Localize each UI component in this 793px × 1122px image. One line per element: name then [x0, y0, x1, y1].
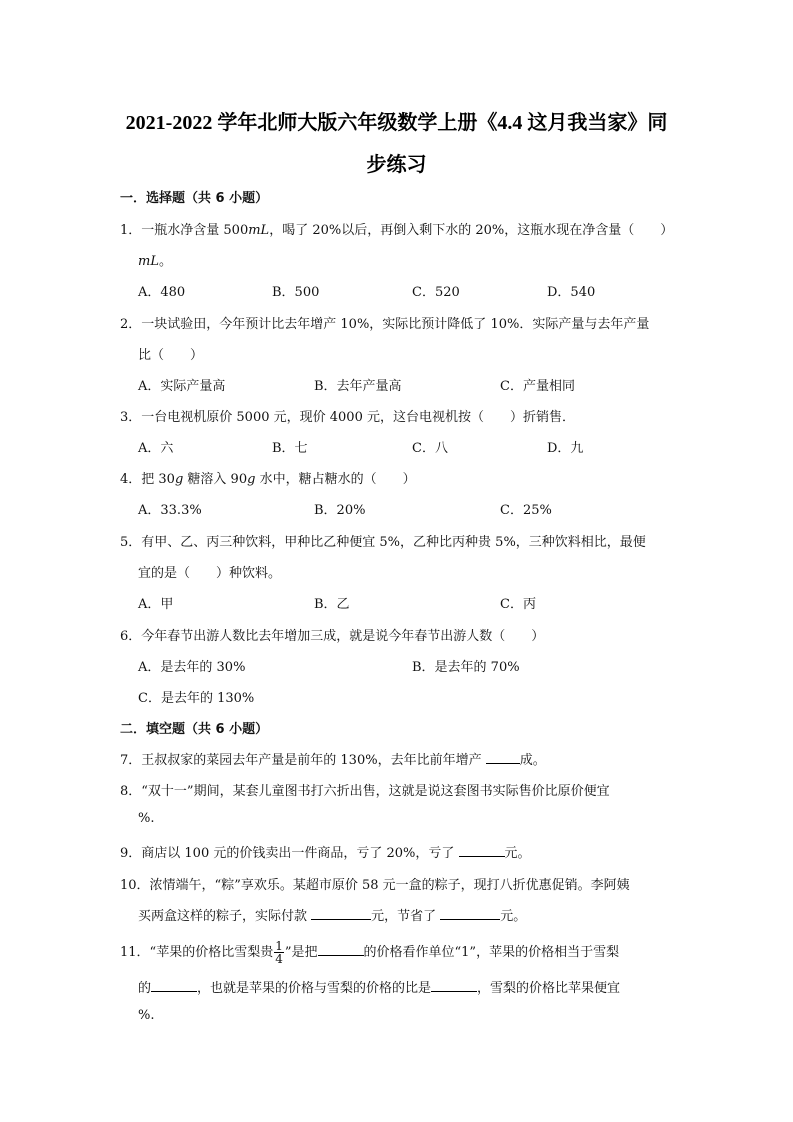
question-1: 1．一瓶水净含量 500mL，喝了 20%以后，再倒入剩下水的 20%，这瓶水现… — [120, 219, 673, 238]
document-title-line2: 步练习 — [0, 148, 793, 177]
question-number: 3． — [120, 410, 141, 425]
q1-option-c: C．520 — [412, 281, 460, 300]
question-number: 8． — [120, 784, 141, 799]
q5-option-c: C．丙 — [500, 593, 536, 612]
q5-option-b: B．乙 — [314, 593, 350, 612]
q4-option-a: A．33.3% — [138, 499, 202, 518]
question-2: 2．一块试验田，今年预计比去年增产 10%，实际比预计降低了 10%．实际产量与… — [120, 313, 649, 332]
q2-option-b: B．去年产量高 — [314, 375, 402, 394]
question-11-line2: 的，也就是苹果的价格与雪梨的价格的比是，雪梨的价格比苹果便宜 — [138, 977, 620, 996]
q4-option-c: C．25% — [500, 499, 552, 518]
answer-blank[interactable] — [486, 751, 520, 764]
question-number: 5． — [120, 535, 141, 550]
question-number: 1． — [120, 223, 141, 238]
question-10: 10．浓情端午，“粽”享欢乐。某超市原价 58 元一盒的粽子，现打八折优惠促销。… — [120, 874, 630, 893]
question-6: 6．今年春节出游人数比去年增加三成，就是说今年春节出游人数（ ） — [120, 625, 544, 644]
question-number: 10． — [120, 878, 150, 893]
q3-option-a: A．六 — [138, 437, 173, 456]
question-5: 5．有甲、乙、丙三种饮料，甲种比乙种便宜 5%，乙种比丙种贵 5%，三种饮料相比… — [120, 531, 646, 550]
document-title-line1: 2021-2022 学年北师大版六年级数学上册《4.4 这月我当家》同 — [0, 106, 793, 135]
question-number: 4． — [120, 472, 141, 487]
question-number: 11． — [120, 945, 150, 960]
q6-option-c: C．是去年的 130% — [138, 687, 254, 706]
question-7: 7．王叔叔家的菜园去年产量是前年的 130%，去年比前年增产 成。 — [120, 749, 546, 768]
answer-blank[interactable] — [318, 943, 364, 956]
answer-blank-payment[interactable] — [311, 907, 371, 920]
q1-option-a: A．480 — [138, 281, 185, 300]
question-number: 7． — [120, 753, 141, 768]
question-number: 2． — [120, 317, 141, 332]
section-heading-fill-blank: 二．填空题（共 6 小题） — [120, 718, 268, 737]
question-11-line3: %. — [138, 1008, 155, 1023]
question-4: 4．把 30g 糖溶入 90g 水中，糖占糖水的（ ） — [120, 468, 416, 487]
q3-option-b: B．七 — [272, 437, 308, 456]
q5-option-a: A．甲 — [138, 593, 173, 612]
q3-option-c: C．八 — [412, 437, 448, 456]
question-11: 11．“苹果的价格比雪梨贵14”是把的价格看作单位“1”，苹果的价格相当于雪梨 — [120, 940, 619, 965]
fraction: 14 — [274, 940, 284, 965]
section-heading-choice: 一．选择题（共 6 小题） — [120, 187, 268, 206]
q1-option-b: B．500 — [272, 281, 319, 300]
answer-blank-savings[interactable] — [440, 907, 500, 920]
q4-option-b: B．20% — [314, 499, 365, 518]
question-number: 9． — [120, 846, 141, 861]
q6-option-b: B．是去年的 70% — [412, 656, 520, 675]
q2-option-a: A．实际产量高 — [138, 375, 225, 394]
q3-option-d: D．九 — [547, 437, 583, 456]
question-8: 8．“双十一”期间，某套儿童图书打六折出售，这就是说这套图书实际售价比原价便宜 — [120, 780, 610, 799]
question-8-line2: %. — [138, 811, 155, 826]
q1-option-d: D．540 — [547, 281, 595, 300]
question-1-line2: mL。 — [138, 250, 172, 269]
question-9: 9．商店以 100 元的价钱卖出一件商品，亏了 20%，亏了 元。 — [120, 842, 531, 861]
answer-blank[interactable] — [151, 979, 197, 992]
question-3: 3．一台电视机原价 5000 元，现价 4000 元，这台电视机按（ ）折销售． — [120, 406, 575, 425]
question-number: 6． — [120, 629, 141, 644]
answer-blank[interactable] — [459, 844, 505, 857]
question-5-line2: 宜的是（ ）种饮料。 — [138, 562, 281, 581]
answer-blank[interactable] — [431, 979, 477, 992]
question-2-line2: 比（ ） — [138, 344, 203, 363]
question-10-line2: 买两盒这样的粽子，实际付款 元，节省了 元。 — [138, 905, 526, 924]
q2-option-c: C．产量相同 — [500, 375, 575, 394]
q6-option-a: A．是去年的 30% — [138, 656, 245, 675]
